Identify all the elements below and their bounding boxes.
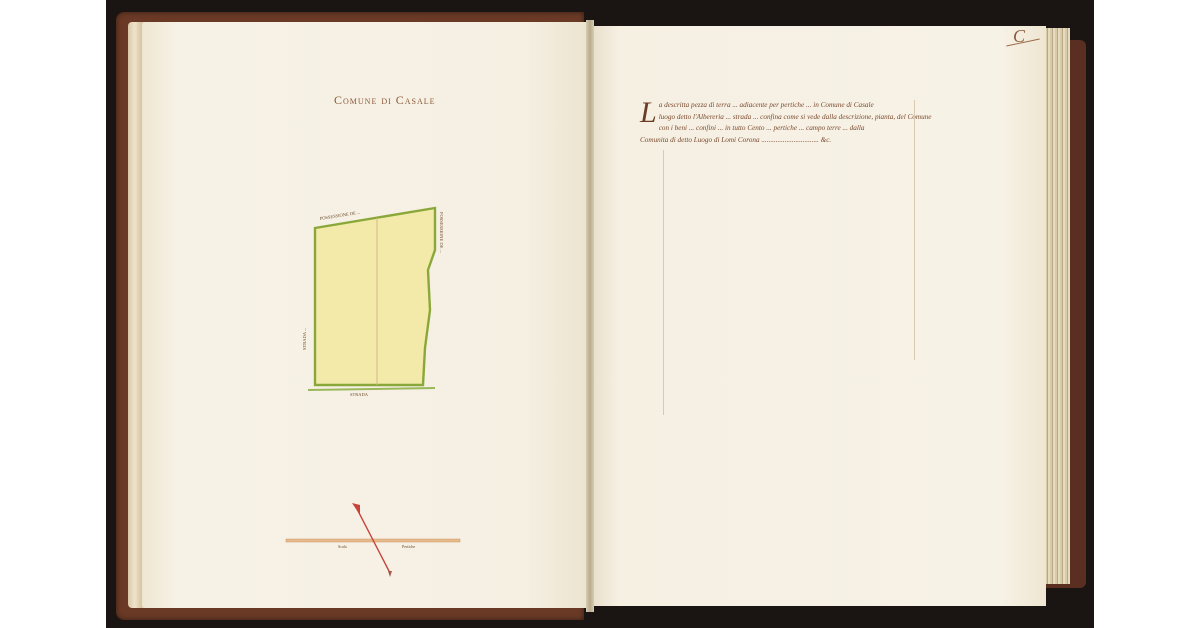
text-line: a descritta pezza di terra ... adiacente… bbox=[659, 100, 940, 112]
scale-label-right: Pertiche bbox=[402, 544, 415, 549]
svg-text:POSSESSIONE DE ...: POSSESSIONE DE ... bbox=[439, 212, 444, 253]
parcel-shape bbox=[315, 208, 435, 385]
parcel-map: POSSESSIONE DE ... STRADA ... POSSESSION… bbox=[290, 190, 460, 410]
text-line: luogo detto l'Albereria ... strada ... c… bbox=[659, 112, 940, 124]
drop-cap: L bbox=[640, 100, 657, 126]
book-gutter bbox=[586, 20, 594, 612]
svg-text:STRADA ...: STRADA ... bbox=[302, 328, 307, 350]
road-line bbox=[308, 388, 435, 390]
arrow-tail-icon bbox=[388, 571, 392, 577]
margin-rule-left bbox=[663, 150, 664, 415]
svg-text:POSSESSIONE DE ...: POSSESSIONE DE ... bbox=[319, 210, 360, 221]
margin-rule-right bbox=[914, 100, 915, 360]
text-line: Comunita di detto Luogo di Lomi Corona .… bbox=[640, 135, 940, 147]
page-title: Comune di Casale bbox=[334, 93, 436, 108]
text-line: con i beni ... confini ... in tutto Cent… bbox=[659, 123, 940, 135]
scale-label-left: Scala bbox=[338, 544, 347, 549]
svg-text:STRADA: STRADA bbox=[350, 392, 369, 397]
scale-bar: Scala Pertiche bbox=[280, 495, 470, 585]
manuscript-text: L a descritta pezza di terra ... adiacen… bbox=[640, 100, 940, 146]
